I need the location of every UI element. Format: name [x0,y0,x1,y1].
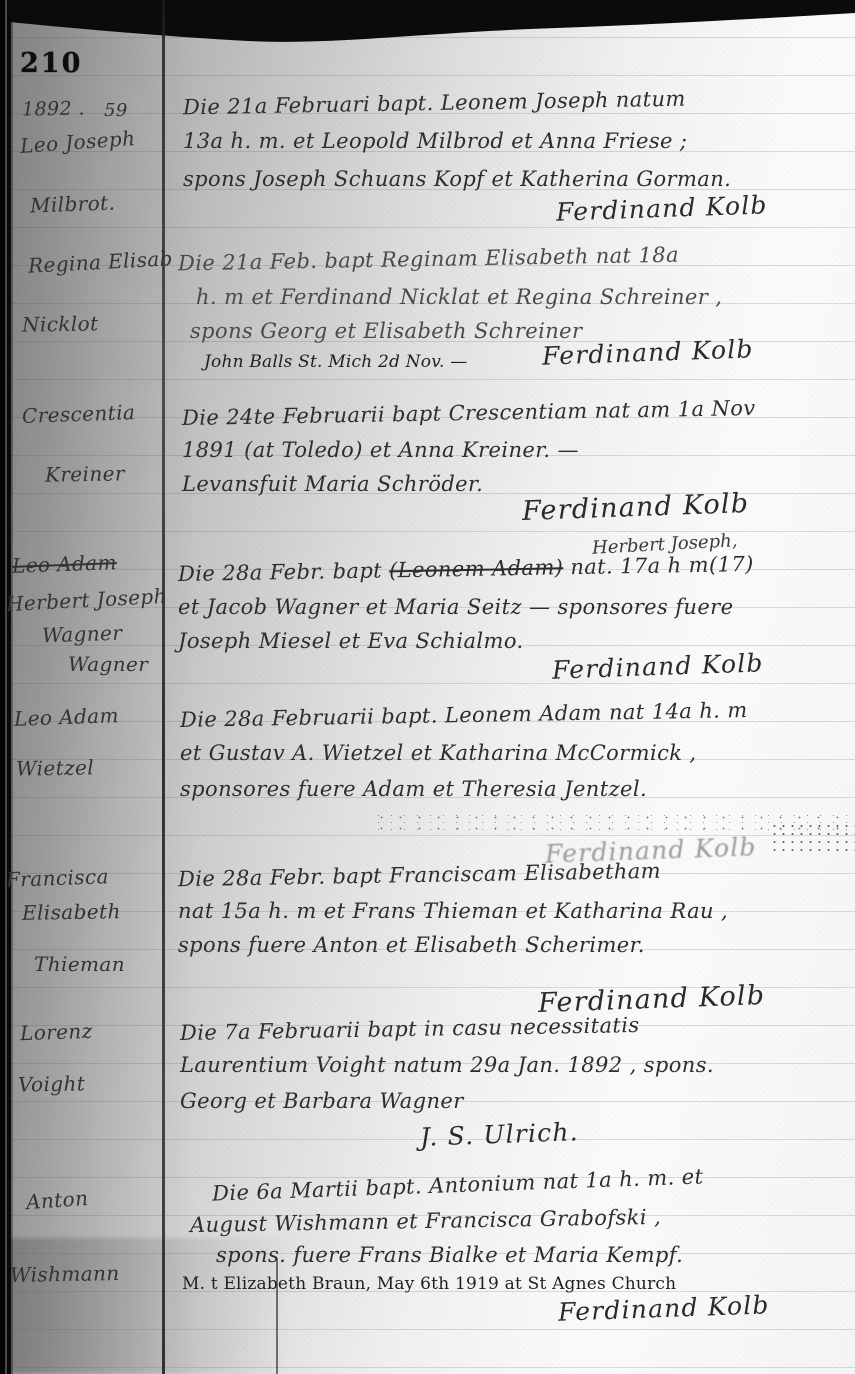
entry5-margin-surname: Wietzel [16,755,94,780]
scan-top-edge [0,0,855,56]
entry3-text-line: Die 24te Februarii bapt Crescentiam nat … [182,395,756,431]
entry8-priest-signature: Ferdinand Kolb [558,1290,771,1326]
entry6-text-line: Die 28a Febr. bapt Franciscam Elisabetha… [178,858,661,892]
entry4-margin-surname-repeat: Wagner [68,652,148,676]
entry4-text-line: et Jacob Wagner et Maria Seitz — sponsor… [178,594,733,620]
entry3-priest-signature: Ferdinand Kolb [522,488,750,527]
entry2-marginal-note: John Balls St. Mich 2d Nov. — [204,352,467,372]
entry6-margin-surname: Thieman [34,952,125,976]
entry7-text-line: Laurentium Voight natum 29a Jan. 1892 , … [180,1052,714,1078]
page-number: 210 [20,48,82,79]
entry4-priest-signature: Ferdinand Kolb [552,648,765,684]
entry1-text-line: Die 21a Februari bapt. Leonem Joseph nat… [183,86,686,121]
entry4-margin-name-struck: Leo Adam [12,550,118,578]
entry4-text-line: Joseph Miesel et Eva Schialmo. [178,628,524,654]
entry4-text-line: Die 28a Febr. bapt (Leonem Adam) nat. 17… [178,551,754,587]
entry8-text-line: August Wishmann et Francisca Grabofski , [190,1204,661,1238]
entry7-margin-surname: Voight [18,1071,86,1096]
entry7-priest-signature: J. S. Ulrich. [420,1117,580,1152]
entry2-text-line: spons Georg et Elisabeth Schreiner [190,318,582,344]
entry4-line-post: nat. 17a h m(17) [563,552,754,579]
entry1-margin-year: 1892 . [22,97,85,120]
entry8-margin-surname: Wishmann [10,1261,120,1287]
entry8-text-line: Die 6a Martii bapt. Antonium nat 1a h. m… [212,1163,704,1206]
entry8-text-line: spons. fuere Frans Bialke et Maria Kempf… [216,1242,683,1268]
entry1-margin-name: Leo Joseph [19,126,136,158]
margin-rule [162,0,165,1374]
entry1-margin-surname: Milbrot. [30,191,116,218]
entry2-margin-name: Regina Elisab [27,246,173,278]
entry6-margin-name: Francisca [6,864,110,892]
entry2-priest-signature: Ferdinand Kolb [542,334,755,370]
entry2-text-line: h. m et Ferdinand Nicklat et Regina Schr… [196,284,722,310]
scan-left-edge [0,0,13,1374]
entry7-margin-name: Lorenz [20,1019,93,1046]
entry1-priest-signature: Ferdinand Kolb [556,190,769,226]
entry3-margin-surname: Kreiner [45,461,125,486]
ink-smudge-spot [770,822,855,852]
entry5-margin-name: Leo Adam [14,703,120,731]
entry2-text-line: Die 21a Feb. bapt Reginam Elisabeth nat … [178,242,679,277]
entry3-margin-name: Crescentia [22,400,136,428]
entry4-line-pre: Die 28a Febr. bapt [178,558,389,586]
entry6-text-line: nat 15a h. m et Frans Thieman et Kathari… [178,898,728,924]
entry8-marriage-note: M. t Elizabeth Braun, May 6th 1919 at St… [182,1274,676,1294]
entry5-text-line: sponsores fuere Adam et Theresia Jentzel… [180,776,647,802]
entry4-margin-name: Herbert Joseph [5,584,167,616]
entry1-record-number: 59 [104,100,128,121]
entry5-text-line: et Gustav A. Wietzel et Katharina McCorm… [180,740,697,766]
entry4-struck-name: (Leonem Adam) [389,555,564,582]
entry3-text-line: 1891 (at Toledo) et Anna Kreiner. — [182,437,579,463]
entry4-margin-surname: Wagner [42,621,123,648]
baptismal-register-scan: 210 1892 . 59 Leo Joseph Milbrot. Die 21… [0,0,855,1374]
entry5-text-line: Die 28a Februarii bapt. Leonem Adam nat … [180,697,748,733]
entry8-margin-name: Anton [25,1186,89,1214]
entry7-text-line: Die 7a Februarii bapt in casu necessitat… [180,1012,640,1046]
entry7-text-line: Georg et Barbara Wagner [180,1088,464,1114]
entry6-margin-middle: Elisabeth [22,899,121,925]
entry3-text-line: Levansfuit Maria Schröder. [182,471,483,497]
entry1-text-line: spons Joseph Schuans Kopf et Katherina G… [183,166,731,192]
ink-smudge-band [372,812,852,836]
entry1-text-line: 13a h. m. et Leopold Milbrod et Anna Fri… [183,128,687,154]
entry2-margin-surname: Nicklot [22,311,99,336]
entry6-text-line: spons fuere Anton et Elisabeth Scherimer… [178,932,645,958]
